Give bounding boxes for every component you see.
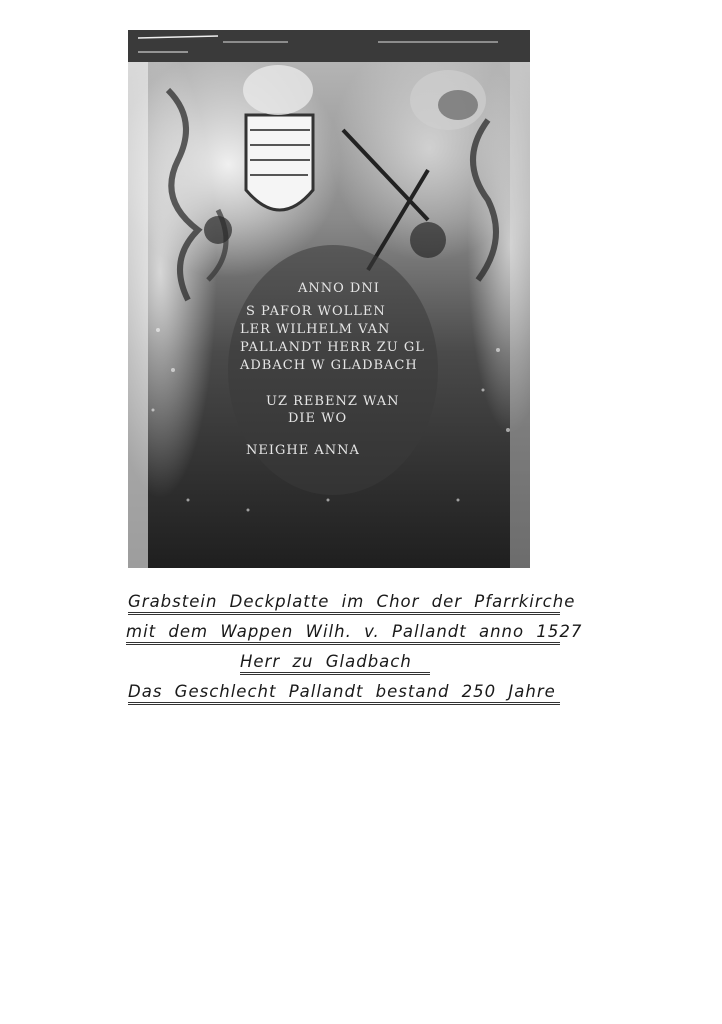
tombstone-photo: ANNO DNI S PAFOR WOLLEN LER WILHELM VAN … [128,30,530,568]
svg-text:ADBACH W GLADBACH: ADBACH W GLADBACH [239,358,418,373]
svg-text:DIE WO: DIE WO [288,411,347,426]
tombstone-illustration: ANNO DNI S PAFOR WOLLEN LER WILHELM VAN … [128,30,530,568]
svg-text:PALLANDT HERR ZU GL: PALLANDT HERR ZU GL [240,340,425,355]
caption-line-4: Das Geschlecht Pallandt bestand 250 Jahr… [128,682,560,705]
caption-line-1: Grabstein Deckplatte im Chor der Pfarrki… [128,592,560,615]
svg-text:LER WILHELM VAN: LER WILHELM VAN [240,322,390,337]
svg-text:S PAFOR WOLLEN: S PAFOR WOLLEN [246,304,386,319]
caption-line-2: mit dem Wappen Wilh. v. Pallandt anno 15… [126,622,560,645]
caption-line-3: Herr zu Gladbach [240,652,430,675]
svg-text:ANNO DNI: ANNO DNI [297,281,380,296]
svg-text:NEIGHE ANNA: NEIGHE ANNA [246,443,360,458]
svg-text:UZ REBENZ WAN: UZ REBENZ WAN [266,394,399,409]
